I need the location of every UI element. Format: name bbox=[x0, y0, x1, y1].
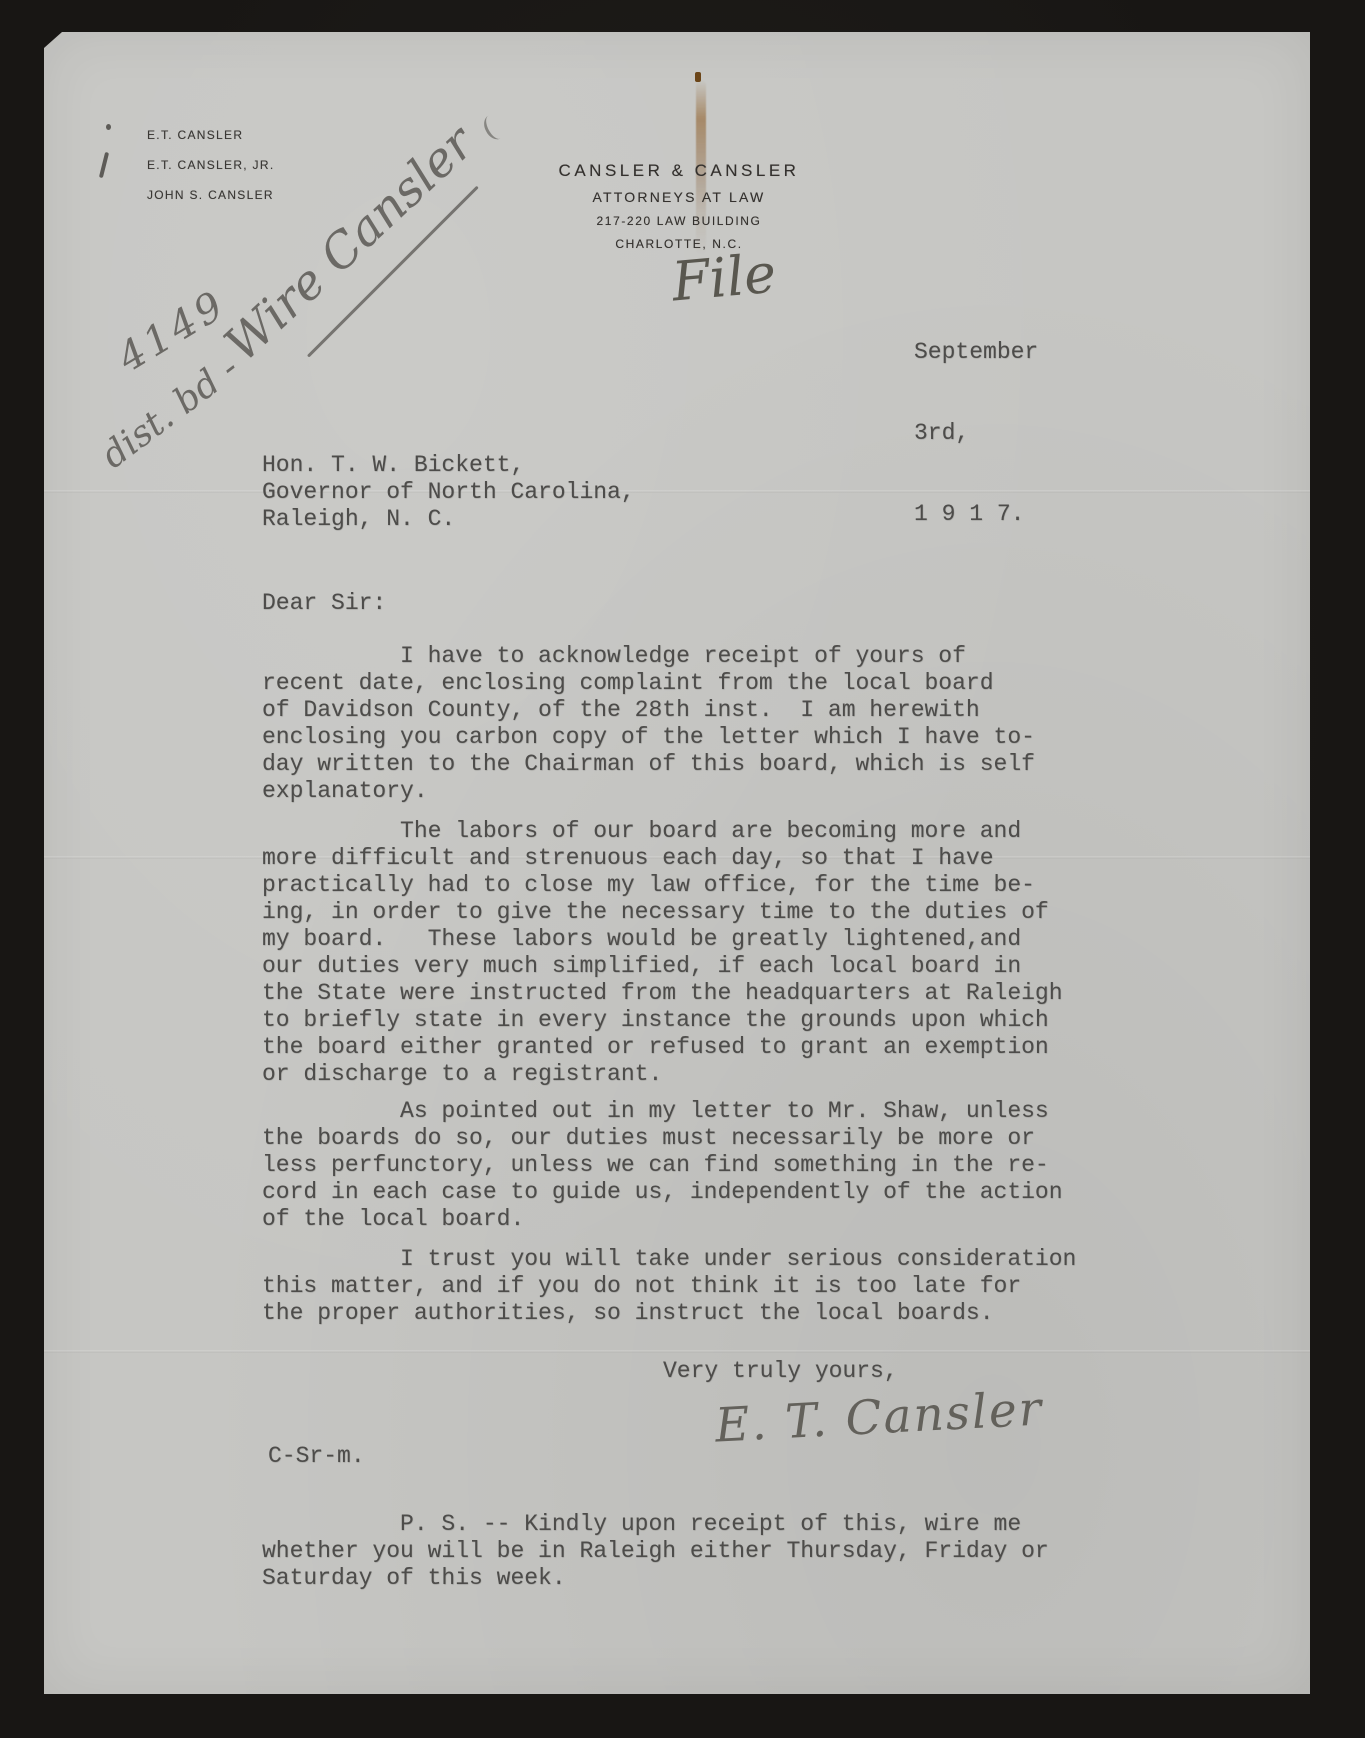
pencil-tick-mark bbox=[480, 111, 509, 143]
firm-address-building: 217-220 LAW BUILDING bbox=[539, 210, 819, 233]
attorney-name: E.T. CANSLER, JR. bbox=[147, 150, 274, 180]
valediction: Very truly yours, bbox=[663, 1358, 898, 1385]
rust-speck bbox=[695, 72, 701, 82]
body-paragraph-2: The labors of our board are becoming mor… bbox=[262, 818, 1063, 1088]
fold-crease bbox=[44, 1350, 1310, 1353]
typist-reference: C-Sr-m. bbox=[268, 1443, 365, 1470]
dateline: September 3rd, 1 9 1 7. bbox=[914, 285, 1038, 582]
attorney-name: JOHN S. CANSLER bbox=[147, 180, 274, 210]
pencil-mark-left-edge bbox=[99, 152, 109, 178]
dateline-month: September bbox=[914, 339, 1038, 366]
letter-paper: E.T. CANSLER E.T. CANSLER, JR. JOHN S. C… bbox=[44, 32, 1310, 1694]
handwritten-signature: E. T. Cansler bbox=[714, 1381, 1045, 1453]
scan-background: { "scan": { "background_color": "#181614… bbox=[0, 0, 1365, 1738]
firm-subtitle: ATTORNEYS AT LAW bbox=[539, 184, 819, 210]
handwritten-board-note: dist. bd - bbox=[94, 348, 247, 477]
body-paragraph-3: As pointed out in my letter to Mr. Shaw,… bbox=[262, 1098, 1063, 1233]
pencil-dot-left-edge bbox=[106, 124, 111, 130]
attorney-name: E.T. CANSLER bbox=[147, 120, 274, 150]
postscript: P. S. -- Kindly upon receipt of this, wi… bbox=[262, 1511, 1049, 1592]
firm-name: CANSLER & CANSLER bbox=[539, 158, 819, 184]
letterhead-firm-block: CANSLER & CANSLER ATTORNEYS AT LAW 217-2… bbox=[539, 158, 819, 256]
letterhead-attorney-names: E.T. CANSLER E.T. CANSLER, JR. JOHN S. C… bbox=[147, 120, 274, 210]
body-paragraph-1: I have to acknowledge receipt of yours o… bbox=[262, 643, 1035, 805]
body-paragraph-4: I trust you will take under serious cons… bbox=[262, 1246, 1076, 1327]
fold-crease bbox=[44, 490, 1310, 493]
salutation: Dear Sir: bbox=[262, 590, 386, 617]
dateline-year: 1 9 1 7. bbox=[914, 501, 1038, 528]
recipient-address: Hon. T. W. Bickett, Governor of North Ca… bbox=[262, 452, 635, 533]
handwritten-file-note: File bbox=[669, 242, 778, 314]
dateline-day: 3rd, bbox=[914, 420, 1038, 447]
